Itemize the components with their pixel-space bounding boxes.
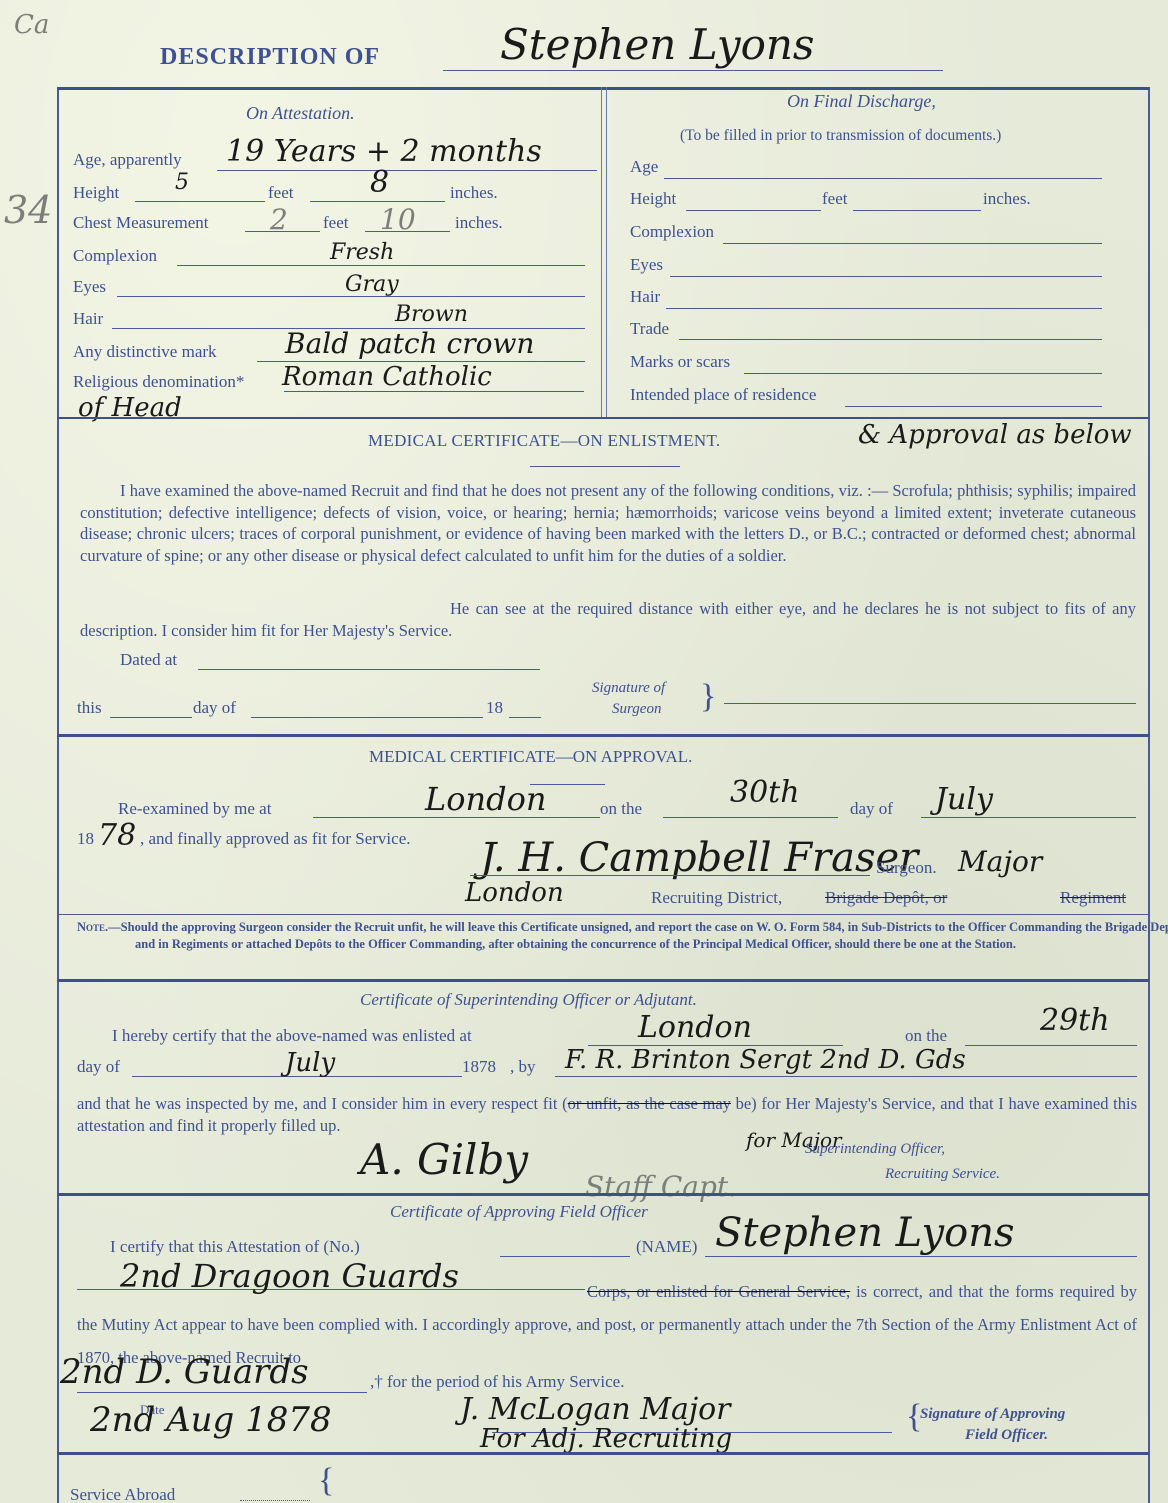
complexion-line <box>177 265 585 266</box>
height-feet-line <box>135 201 265 202</box>
field-officer-name-value[interactable]: Stephen Lyons <box>715 1210 1015 1256</box>
struck-depot-text: Brigade Depôt, or <box>825 888 947 908</box>
discharge-height-inches-line[interactable] <box>853 210 981 211</box>
year-line[interactable] <box>509 717 541 718</box>
on-the-label: on the <box>600 799 642 819</box>
frame-right-border <box>1148 87 1150 1503</box>
enlisted-day[interactable]: 29th <box>1040 1003 1110 1038</box>
height-feet-value[interactable]: 5 <box>175 170 189 195</box>
section-divider-5 <box>57 1452 1149 1455</box>
section-divider-1 <box>57 417 1149 419</box>
surgeon-rank[interactable]: Major <box>958 845 1042 878</box>
complexion-label: Complexion <box>73 246 157 266</box>
approval-month[interactable]: July <box>935 782 993 817</box>
discharge-eyes-label: Eyes <box>630 255 663 275</box>
month-line-2 <box>921 817 1136 818</box>
name-line <box>443 70 943 71</box>
feet-label: feet <box>268 183 293 203</box>
signature-surgeon-label-1: Signature of <box>592 680 665 697</box>
religion-value[interactable]: Roman Catholic <box>282 362 492 392</box>
note-label: Note. <box>77 920 108 934</box>
discharge-marks-label: Marks or scars <box>630 352 730 372</box>
medical-fitness-text: He can see at the required distance with… <box>80 598 1136 641</box>
discharge-eyes-line[interactable] <box>670 276 1102 277</box>
chest-inches-label: inches. <box>455 213 503 233</box>
discharge-age-label: Age <box>630 157 658 177</box>
margin-note-top: Ca <box>14 10 49 40</box>
recruit-name[interactable]: Stephen Lyons <box>500 20 814 69</box>
note-divider <box>57 914 1149 915</box>
struck-regiment-text: Regiment <box>1060 888 1126 908</box>
enlisted-by[interactable]: F. R. Brinton Sergt 2nd D. Gds <box>565 1045 966 1075</box>
posted-to-line <box>77 1392 367 1393</box>
heading-underline <box>530 466 680 467</box>
on-the-label-3: on the <box>905 1026 947 1046</box>
discharge-hair-line[interactable] <box>666 308 1102 309</box>
approved-text: , and finally approved as fit for Servic… <box>140 829 411 849</box>
chest-feet-value[interactable]: 2 <box>270 203 288 236</box>
dated-at-label: Dated at <box>120 650 177 670</box>
religion-label: Religious denomination* <box>73 372 244 392</box>
day-of-label-3: day of <box>77 1057 120 1077</box>
chest-inches-value[interactable]: 10 <box>380 203 416 236</box>
age-label: Age, apparently <box>73 150 182 170</box>
signature-surgeon-label-2: Surgeon <box>612 701 661 718</box>
day-of-label-2: day of <box>850 799 893 819</box>
note-text: —Should the approving Surgeon consider t… <box>108 920 1168 951</box>
year-prefix-2: 18 <box>77 829 94 849</box>
approval-year[interactable]: 78 <box>98 818 136 853</box>
field-officer-signature[interactable]: J. McLogan Major <box>460 1392 731 1427</box>
document-title: DESCRIPTION OF <box>160 44 380 71</box>
medical-approval-heading: MEDICAL CERTIFICATE—ON APPROVAL. <box>369 747 692 767</box>
attestation-heading: On Attestation. <box>246 103 355 124</box>
enlisted-year[interactable]: 1878 <box>462 1057 496 1077</box>
superintending-certify-text: and that he was inspected by me, and I c… <box>77 1093 1137 1137</box>
age-value[interactable]: 19 Years + 2 months <box>226 134 542 169</box>
struck-general-service: Corps, or enlisted for General Service, <box>587 1282 850 1301</box>
medical-conditions-text: I have examined the above-named Recruit … <box>80 480 1136 566</box>
year-prefix-label: 18 <box>486 698 503 718</box>
enlisted-at-label: I hereby certify that the above-named wa… <box>112 1026 472 1046</box>
brace-icon: } <box>700 678 716 716</box>
day-line-2 <box>663 817 838 818</box>
name-line-2 <box>705 1256 1137 1257</box>
approval-place[interactable]: London <box>425 780 546 818</box>
mark-label: Any distinctive mark <box>73 342 217 362</box>
enlisted-month[interactable]: July <box>285 1048 335 1078</box>
section-divider-2 <box>57 734 1149 737</box>
discharge-age-line[interactable] <box>664 178 1102 179</box>
re-examined-label: Re-examined by me at <box>118 799 271 819</box>
approval-annotation[interactable]: & Approval as below <box>858 420 1132 450</box>
day-line[interactable] <box>110 717 192 718</box>
day-of-label: day of <box>193 698 236 718</box>
inches-label: inches. <box>450 183 498 203</box>
approving-officer-label-1: Signature of Approving <box>920 1406 1065 1423</box>
discharge-residence-label: Intended place of residence <box>630 385 816 405</box>
superintending-officer-label: Superintending Officer, <box>805 1141 945 1158</box>
month-line[interactable] <box>251 717 483 718</box>
certify-text-a: and that he was inspected by me, and I c… <box>77 1094 568 1113</box>
discharge-marks-line[interactable] <box>744 373 1102 374</box>
discharge-height-label: Height <box>630 189 676 209</box>
struck-unfit-text: or unfit, as the case may <box>568 1094 731 1113</box>
chest-label: Chest Measurement <box>73 213 209 233</box>
eyes-value[interactable]: Gray <box>345 272 399 297</box>
discharge-complexion-label: Complexion <box>630 222 714 242</box>
height-inches-value[interactable]: 8 <box>370 165 389 200</box>
section-divider-3 <box>57 979 1149 982</box>
discharge-complexion-line[interactable] <box>723 243 1102 244</box>
superintending-heading: Certificate of Superintending Officer or… <box>360 990 697 1010</box>
service-abroad-line[interactable] <box>240 1500 310 1501</box>
approving-officer-label-2: Field Officer. <box>965 1427 1048 1444</box>
complexion-value[interactable]: Fresh <box>330 240 394 265</box>
this-label: this <box>77 698 102 718</box>
discharge-trade-line[interactable] <box>679 339 1102 340</box>
approval-day[interactable]: 30th <box>730 775 800 810</box>
attestation-no-label: I certify that this Attestation of (No.) <box>110 1237 360 1257</box>
chest-feet-label: feet <box>323 213 348 233</box>
signature-subtitle[interactable]: Staff Capt. <box>585 1170 737 1203</box>
discharge-height-feet-line[interactable] <box>686 210 821 211</box>
medical-enlistment-heading: MEDICAL CERTIFICATE—ON ENLISTMENT. <box>368 431 720 451</box>
approval-note: Note.—Should the approving Surgeon consi… <box>77 919 1168 953</box>
column-divider <box>601 87 602 417</box>
attestation-no-line[interactable] <box>500 1256 630 1257</box>
enlisted-place[interactable]: London <box>638 1010 752 1045</box>
discharge-trade-label: Trade <box>630 319 669 339</box>
margin-note-left: 34 <box>4 188 52 232</box>
brace-icon-3: { <box>318 1462 334 1500</box>
mark-value[interactable]: Bald patch crown <box>285 327 534 360</box>
by-label: , by <box>510 1057 536 1077</box>
discharge-feet-label: feet <box>822 189 847 209</box>
discharge-inches-label: inches. <box>983 189 1031 209</box>
enlisted-day-line <box>965 1045 1137 1046</box>
recruiting-district-label: Recruiting District, <box>651 888 782 908</box>
recruiting-service-label: Recruiting Service. <box>885 1166 1000 1183</box>
field-officer-signature-sub[interactable]: For Adj. Recruiting <box>480 1424 732 1454</box>
surgeon-signature-line[interactable] <box>724 703 1136 704</box>
superintending-signature[interactable]: A. Gilby <box>360 1135 528 1184</box>
age-line <box>217 170 597 171</box>
eyes-label: Eyes <box>73 277 106 297</box>
discharge-heading: On Final Discharge, <box>787 91 936 112</box>
posted-to-value[interactable]: 2nd D. Guards <box>60 1352 309 1392</box>
period-text: ,† for the period of his Army Service. <box>370 1372 624 1392</box>
field-officer-heading: Certificate of Approving Field Officer <box>390 1202 648 1222</box>
discharge-residence-line[interactable] <box>845 406 1102 407</box>
surgeon-label: Surgeon. <box>876 858 937 878</box>
frame-top-border <box>57 87 1149 90</box>
service-abroad-label: Service Abroad <box>70 1485 175 1503</box>
section-divider-4 <box>57 1193 1149 1196</box>
height-label: Height <box>73 183 119 203</box>
enlisted-by-line <box>555 1076 1137 1077</box>
surgeon-sig-line <box>470 875 870 876</box>
hair-value[interactable]: Brown <box>395 302 468 327</box>
date-value[interactable]: 2nd Aug 1878 <box>90 1400 332 1440</box>
discharge-hair-label: Hair <box>630 287 660 307</box>
height-inches-line <box>310 201 445 202</box>
dated-at-line[interactable] <box>198 669 540 670</box>
discharge-subheading: (To be filled in prior to transmission o… <box>680 127 1001 145</box>
hair-label: Hair <box>73 309 103 329</box>
column-divider-2 <box>606 87 607 417</box>
district-value[interactable]: London <box>465 878 564 908</box>
name-label: (NAME) <box>636 1237 697 1257</box>
frame-left-border <box>57 87 59 1503</box>
